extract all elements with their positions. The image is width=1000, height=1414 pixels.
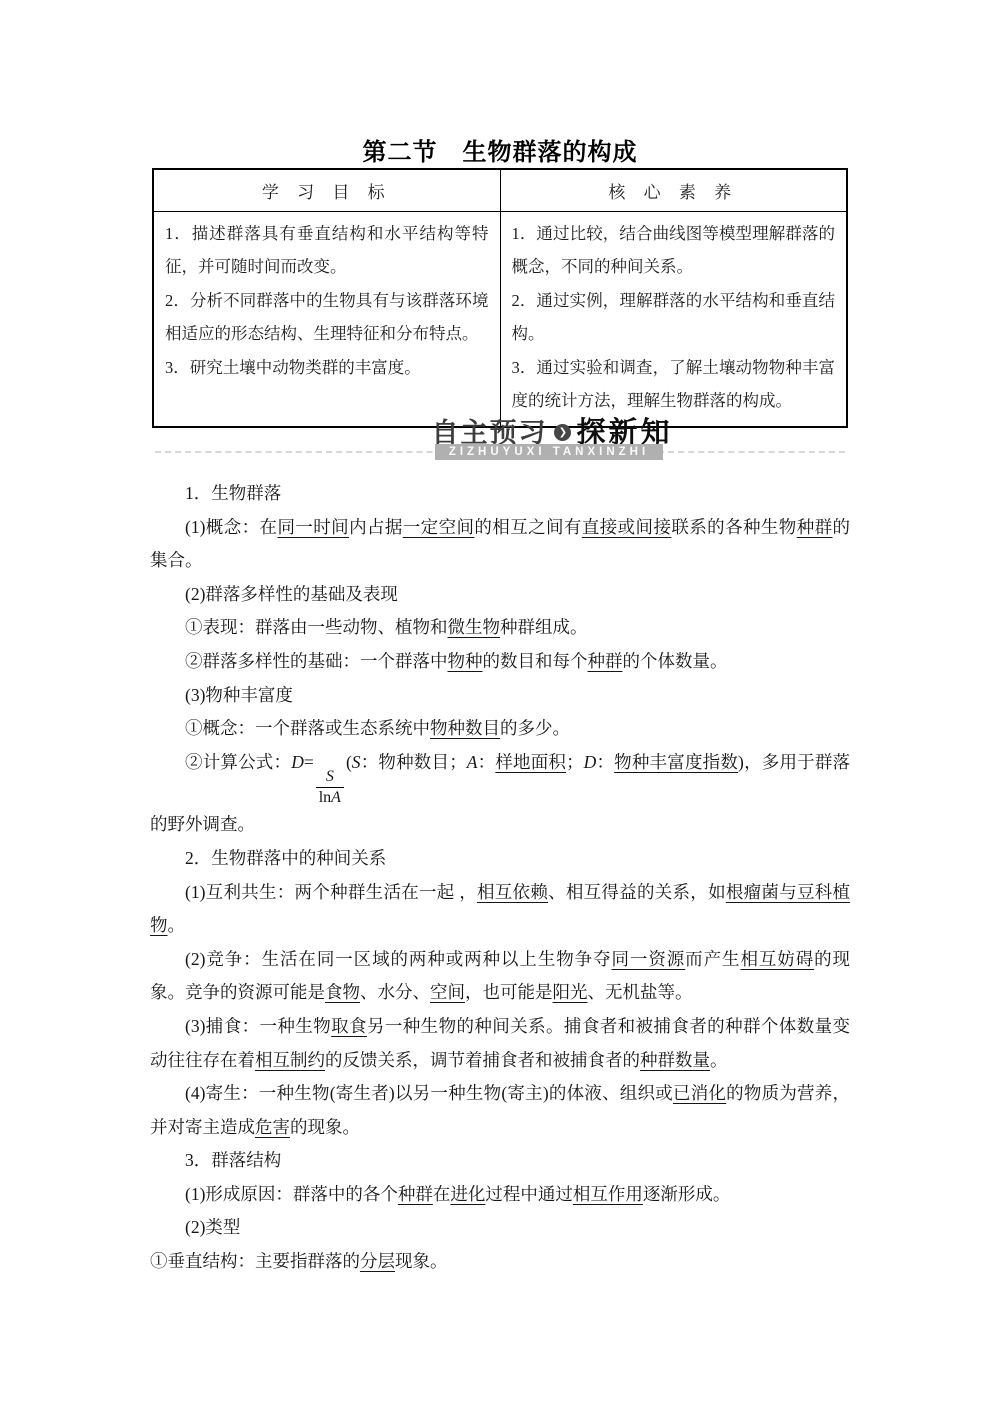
objective-item: 1．通过比较，结合曲线图等模型理解群落的概念，不同的种间关系。 <box>512 217 836 284</box>
fill-in-blank-text: 相互依赖 <box>477 882 548 902</box>
text-run: 2．生物群落中的种间关系 <box>185 848 386 868</box>
table-header-learning-goals: 学 习 目 标 <box>153 169 500 212</box>
section-banner: 自主预习 ❯ 探新知 ZIZHUYUXI TANXINZHI <box>0 410 1000 462</box>
paragraph: (2)类型 <box>150 1211 850 1245</box>
fill-in-blank-text: 分层 <box>360 1251 395 1271</box>
text-run: ； <box>566 752 584 772</box>
paragraph: ①表现：群落由一些动物、植物和微生物种群组成。 <box>150 611 850 645</box>
paragraph: 2．生物群落中的种间关系 <box>150 842 850 876</box>
fill-in-blank-text: 危害 <box>255 1117 290 1137</box>
paragraph: 1．生物群落 <box>150 477 850 511</box>
text-run: 内占据 <box>349 517 403 537</box>
paragraph: ①概念：一个群落或生态系统中物种数目的多少。 <box>150 712 850 746</box>
text-run: 联系的各种生物 <box>671 517 796 537</box>
text-run: = <box>304 752 314 772</box>
text-run: (1)互利共生：两个种群生活在一起 ， <box>185 882 477 902</box>
paragraph: ②计算公式：D=SlnA(S：物种数目；A：样地面积；D：物种丰富度指数)，多用… <box>150 746 850 842</box>
paragraph: (3)捕食：一种生物取食另一种生物的种间关系。捕食者和被捕食者的种群个体数量变动… <box>150 1010 850 1077</box>
learning-objectives-table: 学 习 目 标 核 心 素 养 1．描述群落具有垂直结构和水平结构等特征，并可随… <box>152 168 848 428</box>
fill-in-blank-text: 种群 <box>797 517 833 537</box>
objective-item: 1．描述群落具有垂直结构和水平结构等特征，并可随时间而改变。 <box>165 217 489 284</box>
text-run: 。 <box>168 915 186 935</box>
fill-in-blank-text: 进化 <box>450 1184 485 1204</box>
text-run: (3)捕食：一种生物 <box>185 1016 331 1036</box>
paragraph: (1)互利共生：两个种群生活在一起 ，相互依赖、相互得益的关系，如根瘤菌与豆科植… <box>150 876 850 943</box>
fill-in-blank-text: 相互制约 <box>255 1050 325 1070</box>
fill-in-blank-text: 空间 <box>430 982 465 1002</box>
paragraph: (1)概念：在同一时间内占据一定空间的相互之间有直接或间接联系的各种生物种群的集… <box>150 511 850 578</box>
text-run: 现象。 <box>395 1251 448 1271</box>
banner-pinyin-bar: ZIZHUYUXI TANXINZHI <box>435 444 663 460</box>
text-run: ： <box>596 752 614 772</box>
text-run: (2)竞争：生活在同一区域的两种或两种以上生物争夺 <box>185 949 612 969</box>
fill-in-blank-text: 取食 <box>331 1016 367 1036</box>
text-run: 、相互得益的关系，如 <box>548 882 726 902</box>
table-header-core-literacy: 核 心 素 养 <box>500 169 847 212</box>
text-run: 逐渐形成。 <box>643 1184 731 1204</box>
text-run: ①垂直结构：主要指群落的 <box>150 1251 360 1271</box>
fill-in-blank-text: 相互作用 <box>573 1184 643 1204</box>
text-run: 的现象。 <box>290 1117 360 1137</box>
objective-item: 3．通过实验和调查，了解土壤动物物种丰富度的统计方法，理解生物群落的构成。 <box>512 351 836 418</box>
page-title: 第二节 生物群落的构成 <box>0 132 1000 167</box>
text-run: 的个体数量。 <box>623 651 728 671</box>
fill-in-blank-text: 物种 <box>448 651 483 671</box>
text-run: 种群组成。 <box>500 617 588 637</box>
fill-in-blank-text: 一定空间 <box>403 517 475 537</box>
fill-in-blank-text: 同一时间 <box>277 517 349 537</box>
text-run: (1)概念：在 <box>185 517 277 537</box>
text-run: (3)物种丰富度 <box>185 685 293 705</box>
text-run: ②群落多样性的基础：一个群落中 <box>185 651 448 671</box>
fill-in-blank-text: 种群 <box>398 1184 433 1204</box>
text-run: 在 <box>433 1184 451 1204</box>
fill-in-blank-text: 物种丰富度指数 <box>614 752 738 772</box>
text-run: ：物种数目； <box>361 752 467 772</box>
learning-goals-cell: 1．描述群落具有垂直结构和水平结构等特征，并可随时间而改变。2．分析不同群落中的… <box>153 212 500 428</box>
paragraph: 3．群落结构 <box>150 1144 850 1178</box>
fraction-formula: SlnA <box>316 767 344 808</box>
paragraph: (3)物种丰富度 <box>150 679 850 713</box>
paragraph: (4)寄生：一种生物(寄生者)以另一种生物(寄主)的体液、组织或已消化的物质为营… <box>150 1077 850 1144</box>
objective-item: 2．分析不同群落中的生物具有与该群落环境相适应的形态结构、生理特征和分布特点。 <box>165 284 489 351</box>
fill-in-blank-text: 种群数量 <box>640 1050 710 1070</box>
paragraph: ②群落多样性的基础：一个群落中物种的数目和每个种群的个体数量。 <box>150 645 850 679</box>
fill-in-blank-text: 相互妨碍 <box>740 949 814 969</box>
text-run: ： <box>477 752 495 772</box>
text-run: (2)类型 <box>185 1217 240 1237</box>
body-content: 1．生物群落(1)概念：在同一时间内占据一定空间的相互之间有直接或间接联系的各种… <box>150 477 850 1279</box>
objective-item: 2．通过实例，理解群落的水平结构和垂直结构。 <box>512 284 836 351</box>
text-run: A <box>467 752 478 772</box>
fill-in-blank-text: 已消化 <box>673 1083 726 1103</box>
text-run: ，也可能是 <box>465 982 553 1002</box>
text-run: 的数目和每个 <box>483 651 588 671</box>
fill-in-blank-text: 食物 <box>325 982 360 1002</box>
fill-in-blank-text: 种群 <box>588 651 623 671</box>
text-run: D <box>584 752 597 772</box>
fill-in-blank-text: 直接或间接 <box>582 517 672 537</box>
paragraph: (2)竞争：生活在同一区域的两种或两种以上生物争夺同一资源而产生相互妨碍的现象。… <box>150 943 850 1010</box>
fill-in-blank-text: 阳光 <box>553 982 588 1002</box>
text-run: 的相互之间有 <box>474 517 581 537</box>
paragraph: (1)形成原因：群落中的各个种群在进化过程中通过相互作用逐渐形成。 <box>150 1178 850 1212</box>
document-page: 第二节 生物群落的构成 学 习 目 标 核 心 素 养 1．描述群落具有垂直结构… <box>0 0 1000 1414</box>
play-arrow-icon: ❯ <box>554 424 571 441</box>
paragraph: ①垂直结构：主要指群落的分层现象。 <box>150 1245 850 1279</box>
text-run: 过程中通过 <box>485 1184 573 1204</box>
fill-in-blank-text: 同一资源 <box>612 949 686 969</box>
core-literacy-cell: 1．通过比较，结合曲线图等模型理解群落的概念，不同的种间关系。2．通过实例，理解… <box>500 212 847 428</box>
text-run: D <box>291 752 304 772</box>
text-run: ①概念：一个群落或生态系统中 <box>185 718 430 738</box>
objective-item: 3．研究土壤中动物类群的丰富度。 <box>165 351 489 384</box>
text-run: ①表现：群落由一些动物、植物和 <box>185 617 448 637</box>
text-run: 、无机盐等。 <box>588 982 693 1002</box>
banner-subtitle-row: ZIZHUYUXI TANXINZHI <box>0 444 1000 460</box>
text-run: (1)形成原因：群落中的各个 <box>185 1184 398 1204</box>
text-run: S <box>352 752 361 772</box>
text-run: ②计算公式： <box>185 752 291 772</box>
paragraph: (2)群落多样性的基础及表现 <box>150 578 850 612</box>
text-run: (2)群落多样性的基础及表现 <box>185 584 398 604</box>
table-row: 1．描述群落具有垂直结构和水平结构等特征，并可随时间而改变。2．分析不同群落中的… <box>153 212 847 428</box>
text-run: 而产生 <box>685 949 740 969</box>
fill-in-blank-text: 微生物 <box>448 617 501 637</box>
text-run: 3．群落结构 <box>185 1150 281 1170</box>
text-run: (4)寄生：一种生物(寄生者)以另一种生物(寄主)的体液、组织或 <box>185 1083 673 1103</box>
text-run: 1．生物群落 <box>185 483 281 503</box>
text-run: 。 <box>710 1050 728 1070</box>
text-run: 、水分、 <box>360 982 430 1002</box>
fill-in-blank-text: 物种数目 <box>430 718 500 738</box>
text-run: 的反馈关系，调节着捕食者和被捕食者的 <box>325 1050 640 1070</box>
fill-in-blank-text: 样地面积 <box>495 752 566 772</box>
text-run: 的多少。 <box>500 718 570 738</box>
